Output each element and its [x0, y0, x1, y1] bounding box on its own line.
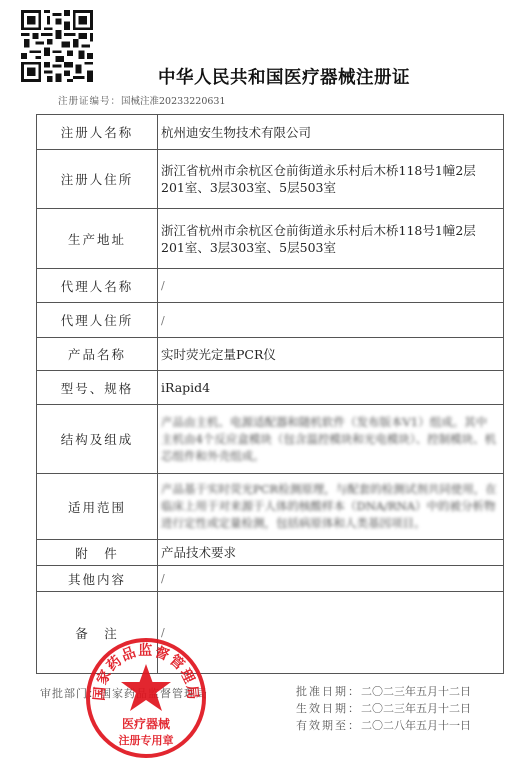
field-value: 浙江省杭州市余杭区仓前街道永乐村后木桥118号1幢2层201室、3层303室、5… — [158, 209, 504, 269]
table-row: 型号、规格 iRapid4 — [37, 371, 504, 405]
approval-date-label: 批准日期： — [296, 685, 361, 698]
table-row: 生产地址 浙江省杭州市余杭区仓前街道永乐村后木桥118号1幢2层201室、3层3… — [37, 209, 504, 269]
seal-inner-line1: 医疗器械 — [122, 716, 171, 731]
field-value: 产品基于实时荧光PCR检测原理，与配套的检测试剂共同使用，在临床上用于对来源于人… — [161, 481, 497, 532]
table-row: 其他内容 / — [37, 566, 504, 592]
registration-number-value: 国械注准20233220631 — [121, 96, 226, 107]
field-label: 附 件 — [37, 540, 158, 566]
field-label: 生产地址 — [37, 209, 158, 269]
table-row: 注册人名称 杭州迪安生物技术有限公司 — [37, 115, 504, 150]
field-label: 注册人名称 — [37, 115, 158, 150]
field-label: 适用范围 — [37, 474, 158, 540]
field-label: 注册人住所 — [37, 150, 158, 209]
field-value: 产品由主机、电源适配器和随机软件（发布版本V1）组成。其中主机由4个反应盒模块（… — [161, 414, 497, 465]
field-value: 实时荧光定量PCR仪 — [158, 338, 504, 371]
field-value: 杭州迪安生物技术有限公司 — [158, 115, 504, 150]
field-label: 代理人名称 — [37, 269, 158, 303]
approval-date: 批准日期：二〇二三年五月十二日 — [296, 683, 471, 700]
field-value: iRapid4 — [158, 371, 504, 405]
registration-number: 注册证编号：国械注准20233220631 — [58, 93, 226, 107]
effective-date: 生效日期：二〇二三年五月十二日 — [296, 700, 471, 717]
table-row: 代理人名称 / — [37, 269, 504, 303]
field-value: / — [158, 566, 504, 592]
approval-date-value: 二〇二三年五月十二日 — [361, 685, 471, 698]
field-value-cell: 产品基于实时荧光PCR检测原理，与配套的检测试剂共同使用，在临床上用于对来源于人… — [158, 474, 504, 540]
expiry-date-value: 二〇二八年五月十一日 — [361, 719, 471, 732]
field-value-cell: 产品由主机、电源适配器和随机软件（发布版本V1）组成。其中主机由4个反应盒模块（… — [158, 405, 504, 474]
document-title: 中华人民共和国医疗器械注册证 — [0, 64, 526, 89]
table-row: 产品名称 实时荧光定量PCR仪 — [37, 338, 504, 371]
star-icon — [121, 664, 171, 711]
effective-date-value: 二〇二三年五月十二日 — [361, 702, 471, 715]
expiry-date: 有效期至：二〇二八年五月十一日 — [296, 717, 471, 734]
seal-inner-line2: 注册专用章 — [119, 733, 174, 747]
field-label: 代理人住所 — [37, 303, 158, 338]
registration-number-label: 注册证编号： — [58, 96, 121, 107]
field-label: 其他内容 — [37, 566, 158, 592]
official-seal-stamp: 国家药品监督管理局 医疗器械 注册专用章 — [84, 636, 208, 760]
dates-block: 批准日期：二〇二三年五月十二日 生效日期：二〇二三年五月十二日 有效期至：二〇二… — [296, 683, 471, 734]
field-value: 浙江省杭州市余杭区仓前街道永乐村后木桥118号1幢2层201室、3层303室、5… — [158, 150, 504, 209]
field-value: / — [158, 592, 504, 674]
field-value: / — [158, 303, 504, 338]
field-value: 产品技术要求 — [158, 540, 504, 566]
table-row: 注册人住所 浙江省杭州市余杭区仓前街道永乐村后木桥118号1幢2层201室、3层… — [37, 150, 504, 209]
field-label: 产品名称 — [37, 338, 158, 371]
expiry-date-label: 有效期至： — [296, 719, 361, 732]
table-row: 结构及组成 产品由主机、电源适配器和随机软件（发布版本V1）组成。其中主机由4个… — [37, 405, 504, 474]
registration-info-table: 注册人名称 杭州迪安生物技术有限公司 注册人住所 浙江省杭州市余杭区仓前街道永乐… — [36, 114, 504, 674]
table-row: 适用范围 产品基于实时荧光PCR检测原理，与配套的检测试剂共同使用，在临床上用于… — [37, 474, 504, 540]
field-label: 型号、规格 — [37, 371, 158, 405]
field-label: 结构及组成 — [37, 405, 158, 474]
table-row: 代理人住所 / — [37, 303, 504, 338]
field-value: / — [158, 269, 504, 303]
table-row: 附 件 产品技术要求 — [37, 540, 504, 566]
effective-date-label: 生效日期： — [296, 702, 361, 715]
